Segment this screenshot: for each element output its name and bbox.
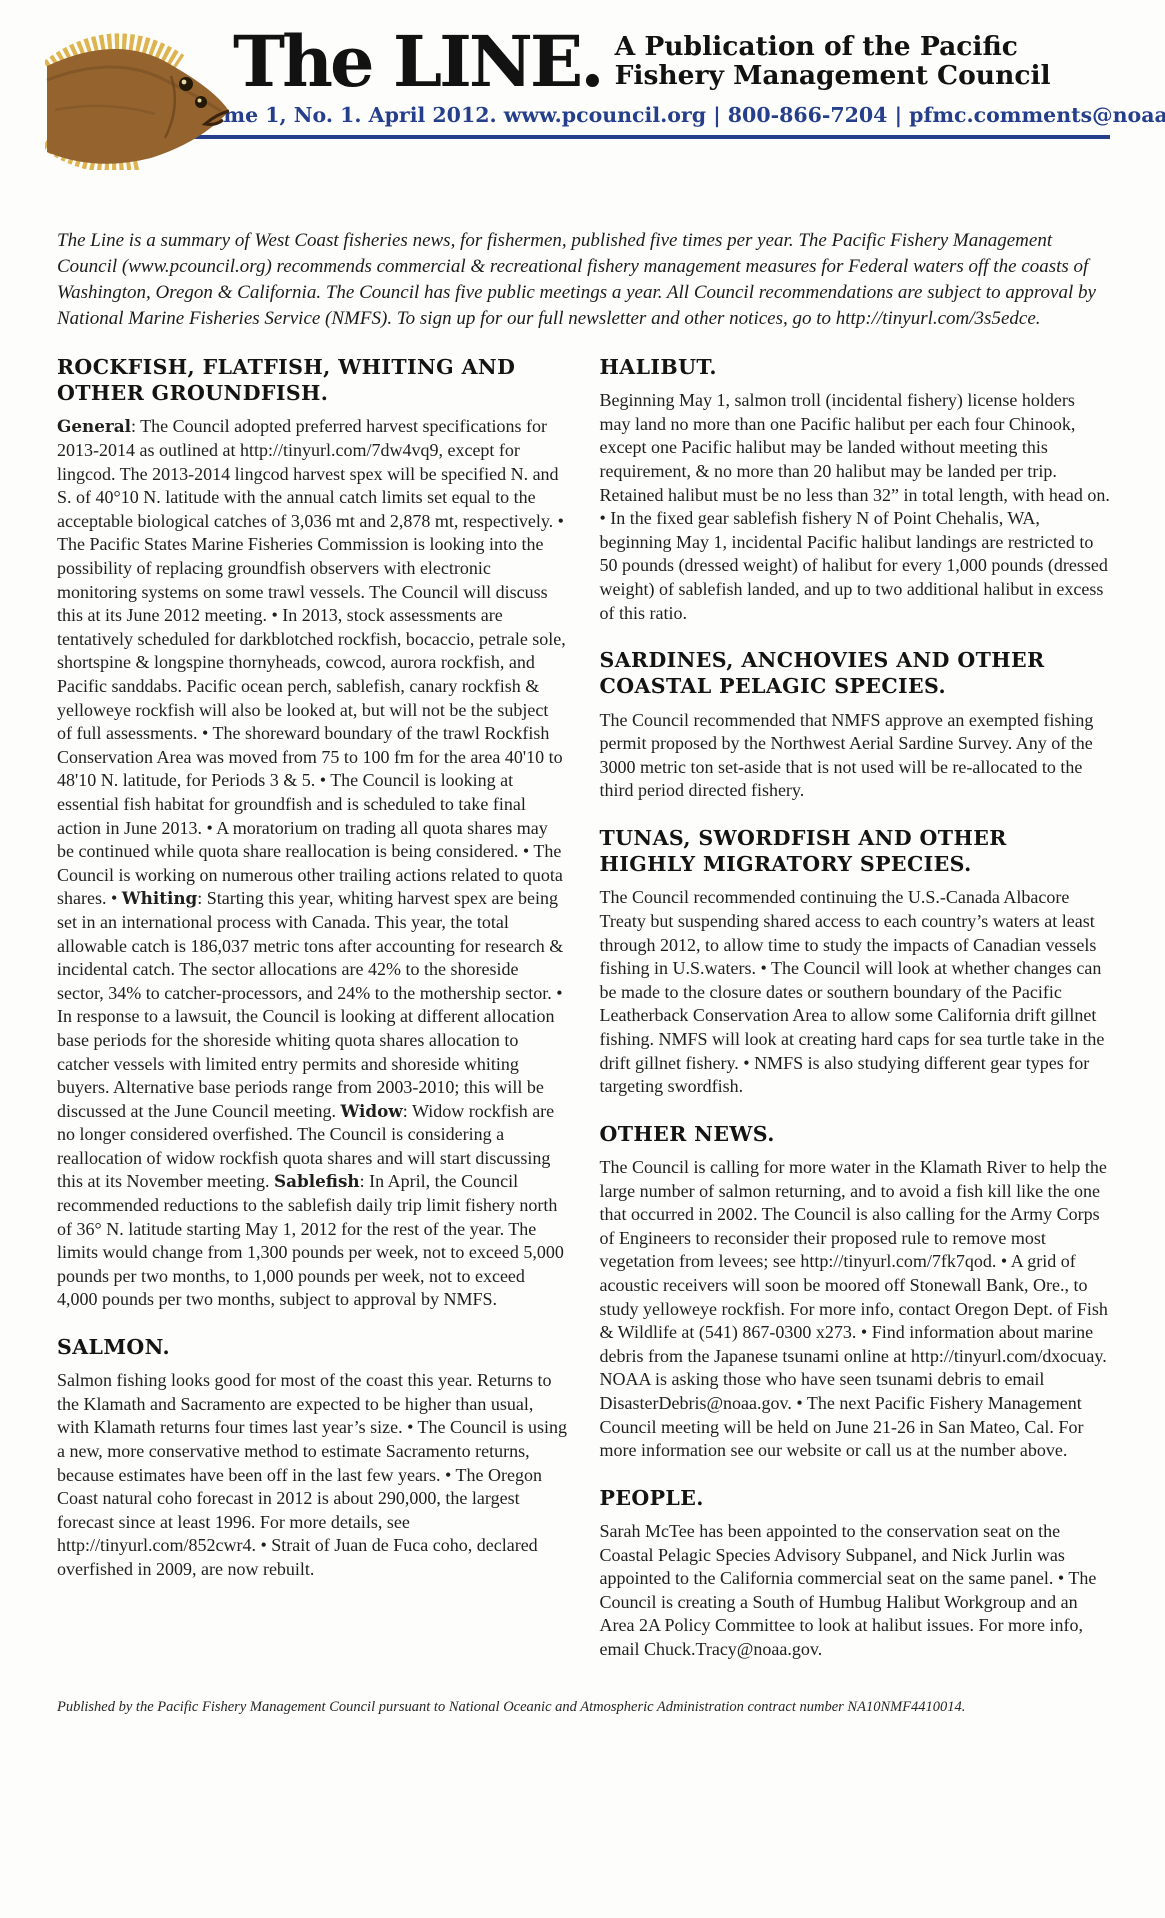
column-right: HALIBUT.Beginning May 1, salmon troll (i…	[600, 342, 1111, 1670]
section-heading: PEOPLE.	[600, 1485, 1111, 1511]
newsletter-page: The LINE. A Publication of the Pacific F…	[0, 0, 1165, 1918]
section-paragraph: Salmon fishing looks good for most of th…	[57, 1369, 568, 1581]
column-left: ROCKFISH, FLATFISH, WHITING AND OTHER GR…	[57, 342, 568, 1670]
article-columns: ROCKFISH, FLATFISH, WHITING AND OTHER GR…	[57, 342, 1110, 1670]
section-heading: HALIBUT.	[600, 354, 1111, 380]
section-heading: SARDINES, ANCHOVIES AND OTHER COASTAL PE…	[600, 647, 1111, 699]
section-paragraph: The Council recommended continuing the U…	[600, 886, 1111, 1098]
masthead-subtitle-line1: A Publication of the Pacific	[615, 32, 1051, 61]
section-paragraph: Beginning May 1, salmon troll (incidenta…	[600, 389, 1111, 625]
flatfish-icon	[45, 14, 235, 170]
article-section: OTHER NEWS.The Council is calling for mo…	[600, 1121, 1111, 1463]
article-section: HALIBUT.Beginning May 1, salmon troll (i…	[600, 354, 1111, 625]
article-section: ROCKFISH, FLATFISH, WHITING AND OTHER GR…	[57, 354, 568, 1312]
article-section: SALMON.Salmon fishing looks good for mos…	[57, 1334, 568, 1582]
masthead: The LINE. A Publication of the Pacific F…	[57, 0, 1110, 208]
article-section: TUNAS, SWORDFISH AND OTHER HIGHLY MIGRAT…	[600, 825, 1111, 1099]
section-heading: SALMON.	[57, 1334, 568, 1360]
masthead-title-row: The LINE. A Publication of the Pacific F…	[233, 30, 1110, 94]
masthead-subtitle-line2: Fishery Management Council	[615, 61, 1051, 90]
section-heading: ROCKFISH, FLATFISH, WHITING AND OTHER GR…	[57, 354, 568, 406]
section-paragraph: The Council recommended that NMFS approv…	[600, 709, 1111, 803]
publisher-footnote: Published by the Pacific Fishery Managem…	[57, 1698, 1110, 1717]
section-heading: OTHER NEWS.	[600, 1121, 1111, 1147]
article-section: PEOPLE.Sarah McTee has been appointed to…	[600, 1485, 1111, 1662]
page-title: The LINE.	[233, 30, 602, 94]
volume-line: Volume 1, No. 1. April 2012. www.pcounci…	[173, 103, 1110, 139]
section-paragraph: General: The Council adopted preferred h…	[57, 415, 568, 1312]
masthead-subtitle: A Publication of the Pacific Fishery Man…	[615, 32, 1051, 94]
section-paragraph: The Council is calling for more water in…	[600, 1156, 1111, 1463]
section-heading: TUNAS, SWORDFISH AND OTHER HIGHLY MIGRAT…	[600, 825, 1111, 877]
article-section: SARDINES, ANCHOVIES AND OTHER COASTAL PE…	[600, 647, 1111, 803]
intro-paragraph: The Line is a summary of West Coast fish…	[57, 228, 1110, 332]
masthead-text: The LINE. A Publication of the Pacific F…	[173, 0, 1110, 139]
section-paragraph: Sarah McTee has been appointed to the co…	[600, 1520, 1111, 1662]
